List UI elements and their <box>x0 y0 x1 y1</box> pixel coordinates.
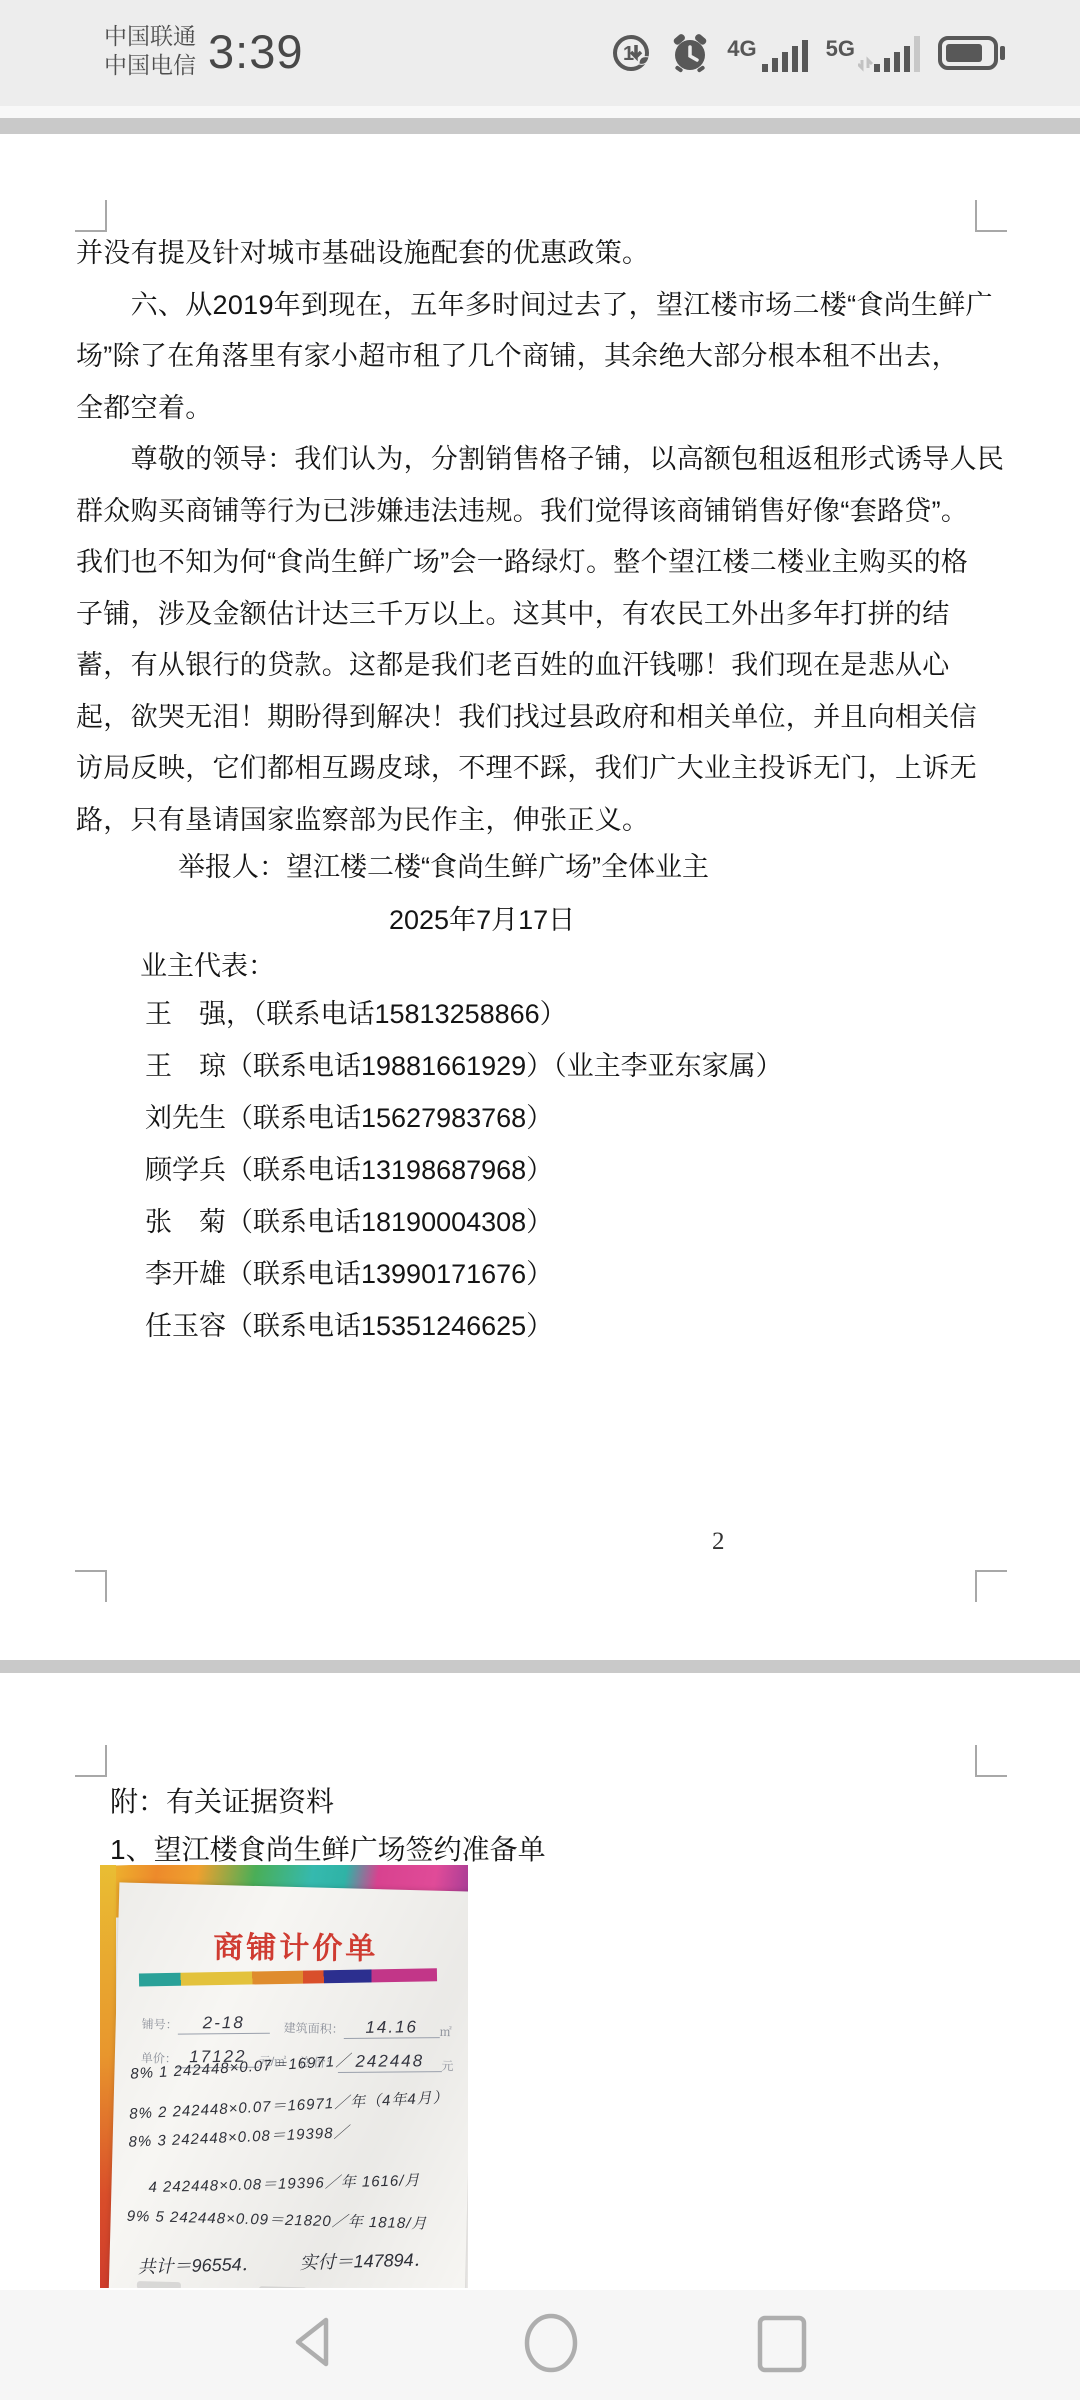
home-icon <box>522 2312 580 2374</box>
carrier-line1: 中国联通 <box>104 22 196 51</box>
receipt-title: 商铺计价单 <box>118 1921 468 1968</box>
page-number: 2 <box>712 1528 725 1556</box>
document-line: 路，只有垦请国家监察部为民作主，伸张正义。 <box>76 795 1004 847</box>
document-line: 六、从2019年到现在，五年多时间过去了，望江楼市场二楼“食尚生鲜广 <box>76 280 1004 332</box>
shop-no-label: 铺号： <box>142 2015 178 2033</box>
document-body: 并没有提及针对城市基础设施配套的优惠政策。 六、从2019年到现在，五年多时间过… <box>76 228 1004 846</box>
crop-mark-top-right <box>975 1745 1007 1777</box>
network-4g-group: 4G <box>727 30 811 76</box>
recents-button[interactable] <box>756 2314 808 2374</box>
area-label: 建筑面积： <box>283 2019 343 2038</box>
document-line: 蓄，有从银行的贷款。这都是我们老百姓的血汗钱哪！我们现在是悲从心 <box>76 640 1004 692</box>
reporter-line: 举报人：望江楼二楼“食尚生鲜广场”全体业主 <box>178 845 709 884</box>
document-line: 全都空着。 <box>76 383 1004 435</box>
receipt-footer-smudge <box>137 2281 181 2288</box>
page-gap-middle <box>0 1660 1080 1673</box>
shop-no-value: 2-18 <box>178 2013 270 2035</box>
signal-bars-4g-icon <box>760 30 812 76</box>
handwritten-totals: 共计＝96554． 实付＝147894． <box>137 2245 448 2279</box>
document-page-2: 并没有提及针对城市基础设施配套的优惠政策。 六、从2019年到现在，五年多时间过… <box>0 134 1080 1660</box>
sum-right: 实付＝147894． <box>299 2245 432 2274</box>
back-icon <box>288 2314 338 2370</box>
document-line: 群众购买商铺等行为已涉嫌违法违规。我们觉得该商铺销售好像“套路贷”。 <box>76 486 1004 538</box>
document-line: 子铺，涉及金额估计达三千万以上。这其中，有农民工外出多年打拼的结 <box>76 589 1004 641</box>
representative-item: 任玉容（联系电话15351246625） <box>145 1300 783 1352</box>
statusbar-divider <box>0 106 1080 118</box>
status-time: 3:39 <box>208 24 303 79</box>
receipt-footer-smudge <box>259 2286 307 2288</box>
phone-screen: 中国联通 中国电信 3:39 1 <box>0 0 1080 2400</box>
receipt-row-shop: 铺号： 2-18 建筑面积： 14.16 ㎡ <box>142 2011 462 2040</box>
representative-item: 王 琼（联系电话19881661929）（业主李亚东家属） <box>145 1040 783 1092</box>
crop-mark-bottom-left <box>75 1570 107 1602</box>
document-line: 场”除了在角落里有家小超市租了几个商铺，其余绝大部分根本租不出去， <box>76 331 1004 383</box>
crop-mark-bottom-right <box>975 1570 1007 1602</box>
representatives-label: 业主代表： <box>140 944 275 983</box>
signal-bars-5g-icon <box>858 30 924 76</box>
alarm-icon <box>667 30 713 76</box>
handwritten-calc-lines: 8% 1 242448×0.07＝16971／8% 2 242448×0.07＝… <box>126 2059 450 2239</box>
attachment-heading: 附：有关证据资料 <box>110 1780 334 1820</box>
receipt-rainbow-bar <box>139 1968 437 1986</box>
document-line: 我们也不知为何“食尚生鲜广场”会一路绿灯。整个望江楼二楼业主购买的格 <box>76 537 1004 589</box>
home-button[interactable] <box>522 2312 580 2374</box>
receipt-photo: 商铺计价单 铺号： 2-18 建筑面积： 14.16 ㎡ 单价： 17122 元… <box>100 1865 468 2288</box>
representative-item: 李开雄（联系电话13990171676） <box>145 1248 783 1300</box>
representative-item: 刘先生（联系电话15627983768） <box>145 1092 783 1144</box>
area-value: 14.16 <box>344 2017 440 2039</box>
handwritten-calc-line: 4 242448×0.08＝19396／年 1616/月 <box>127 2166 447 2202</box>
receipt-paper: 商铺计价单 铺号： 2-18 建筑面积： 14.16 ㎡ 单价： 17122 元… <box>109 1882 468 2288</box>
status-icons: 1 4G <box>609 0 1008 106</box>
representative-item: 顾学兵（联系电话13198687968） <box>145 1144 783 1196</box>
network-4g-badge: 4G <box>727 38 756 60</box>
document-line: 访局反映，它们都相互踢皮球，不理不踩，我们广大业主投诉无门，上诉无 <box>76 743 1004 795</box>
document-page-3: 附：有关证据资料 1、望江楼食尚生鲜广场签约准备单 商铺计价单 铺号： 2-18… <box>0 1673 1080 2290</box>
area-unit: ㎡ <box>439 2023 451 2040</box>
status-bar: 中国联通 中国电信 3:39 1 <box>0 0 1080 106</box>
handwritten-calc-line: 9% 5 242448×0.09＝21820／年 1818/月 <box>126 2203 446 2239</box>
page-gap-top <box>0 118 1080 134</box>
crop-mark-top-left <box>75 1745 107 1777</box>
back-button[interactable] <box>288 2314 338 2370</box>
representative-item: 王 强，（联系电话15813258866） <box>145 988 783 1040</box>
date-line: 2025年7月17日 <box>389 898 575 937</box>
document-line: 起，欲哭无泪！期盼得到解决！我们找过县政府和相关单位，并且向相关信 <box>76 692 1004 744</box>
recents-icon <box>756 2314 808 2374</box>
document-line: 并没有提及针对城市基础设施配套的优惠政策。 <box>76 228 1004 280</box>
representatives-list: 王 强，（联系电话15813258866）王 琼（联系电话19881661929… <box>145 988 783 1352</box>
attachment-item: 1、望江楼食尚生鲜广场签约准备单 <box>110 1828 546 1868</box>
carrier-line2: 中国电信 <box>104 51 196 80</box>
data-saver-icon: 1 <box>609 31 653 75</box>
document-line: 尊敬的领导：我们认为，分割销售格子铺，以高额包租返租形式诱导人民 <box>76 434 1004 486</box>
representative-item: 张 菊（联系电话18190004308） <box>145 1196 783 1248</box>
carrier-labels: 中国联通 中国电信 <box>104 22 196 80</box>
battery-icon <box>938 33 1008 73</box>
network-5g-badge: 5G <box>826 38 855 60</box>
sum-left: 共计＝96554． <box>137 2250 260 2279</box>
network-5g-group: 5G <box>826 30 924 76</box>
